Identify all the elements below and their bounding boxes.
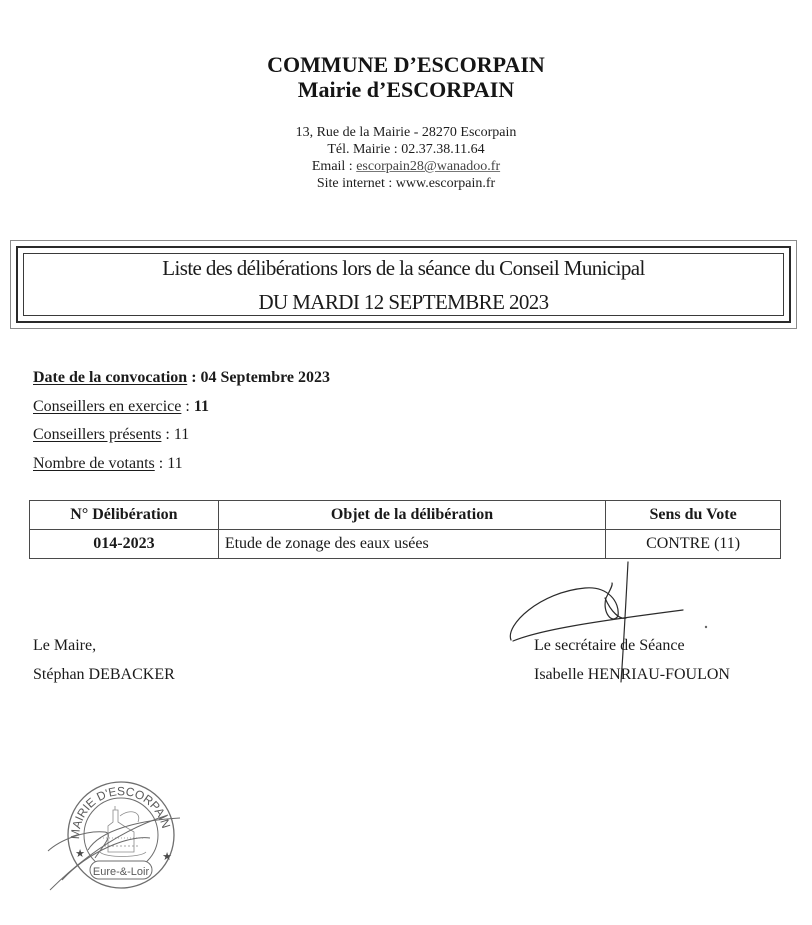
website-line: Site internet : www.escorpain.fr — [0, 175, 812, 192]
conseillers-exercice: Conseillers en exercice : 11 — [33, 397, 209, 417]
address-line: 13, Rue de la Mairie - 28270 Escorpain — [0, 124, 812, 141]
table-header-row: N° Délibération Objet de la délibération… — [30, 501, 781, 530]
seal-bottom-capsule: Eure-&-Loir — [90, 861, 152, 879]
mayor-signature — [48, 815, 180, 890]
email-line: Email : escorpain28@wanadoo.fr — [0, 158, 812, 175]
seal-outer-ring — [68, 782, 174, 888]
website-url: www.escorpain.fr — [396, 176, 495, 191]
seal-bottom-text: Eure-&-Loir — [93, 866, 150, 878]
commune-title: COMMUNE D’ESCORPAIN — [0, 53, 812, 77]
exercice-label: Conseillers en exercice — [33, 398, 181, 415]
star-right-icon: ★ — [162, 850, 172, 863]
votants-label: Nombre de votants — [33, 455, 155, 472]
nombre-votants: Nombre de votants : 11 — [33, 454, 183, 474]
header-objet: Objet de la délibération — [218, 501, 605, 530]
convocation-value: : 04 Septembre 2023 — [187, 369, 330, 386]
exercice-value: 11 — [194, 398, 209, 415]
presents-label: Conseillers présents — [33, 426, 161, 443]
deliberations-table: N° Délibération Objet de la délibération… — [29, 500, 781, 559]
maire-role: Le Maire, — [33, 636, 96, 656]
email-label: Email : — [312, 159, 356, 174]
convocation-label: Date de la convocation — [33, 369, 187, 386]
header-numero: N° Délibération — [30, 501, 219, 530]
star-left-icon: ★ — [75, 847, 85, 860]
signature-strokes — [510, 562, 683, 682]
church-drawing-icon — [100, 806, 146, 857]
phone-number: 02.37.38.11.64 — [401, 142, 484, 157]
maire-name: Stéphan DEBACKER — [33, 665, 175, 685]
secretaire-name: Isabelle HENRIAU-FOULON — [534, 665, 730, 685]
seal-inner-ring — [84, 798, 158, 872]
website-label: Site internet : — [317, 176, 396, 191]
session-date: DU MARDI 12 SEPTEMBRE 2023 — [23, 290, 784, 314]
cell-numero: 014-2023 — [30, 530, 219, 559]
conseillers-presents: Conseillers présents : 11 — [33, 425, 189, 445]
seal-top-text: MAIRIE D'ESCORPAIN — [68, 784, 173, 839]
email-link[interactable]: escorpain28@wanadoo.fr — [356, 159, 500, 174]
presents-value: : 11 — [161, 426, 189, 443]
phone-label: Tél. Mairie : — [327, 142, 401, 157]
cell-vote: CONTRE (11) — [606, 530, 781, 559]
convocation-date: Date de la convocation : 04 Septembre 20… — [33, 368, 330, 388]
ink-dot — [705, 626, 707, 628]
mairie-title: Mairie d’ESCORPAIN — [0, 78, 812, 102]
cell-objet: Etude de zonage des eaux usées — [218, 530, 605, 559]
phone-line: Tél. Mairie : 02.37.38.11.64 — [0, 141, 812, 158]
votants-value: : 11 — [155, 455, 183, 472]
session-title: Liste des délibérations lors de la séanc… — [23, 256, 784, 280]
table-row: 014-2023 Etude de zonage des eaux usées … — [30, 530, 781, 559]
secretaire-role: Le secrétaire de Séance — [534, 636, 685, 656]
exercice-separator: : — [181, 398, 193, 415]
header-vote: Sens du Vote — [606, 501, 781, 530]
